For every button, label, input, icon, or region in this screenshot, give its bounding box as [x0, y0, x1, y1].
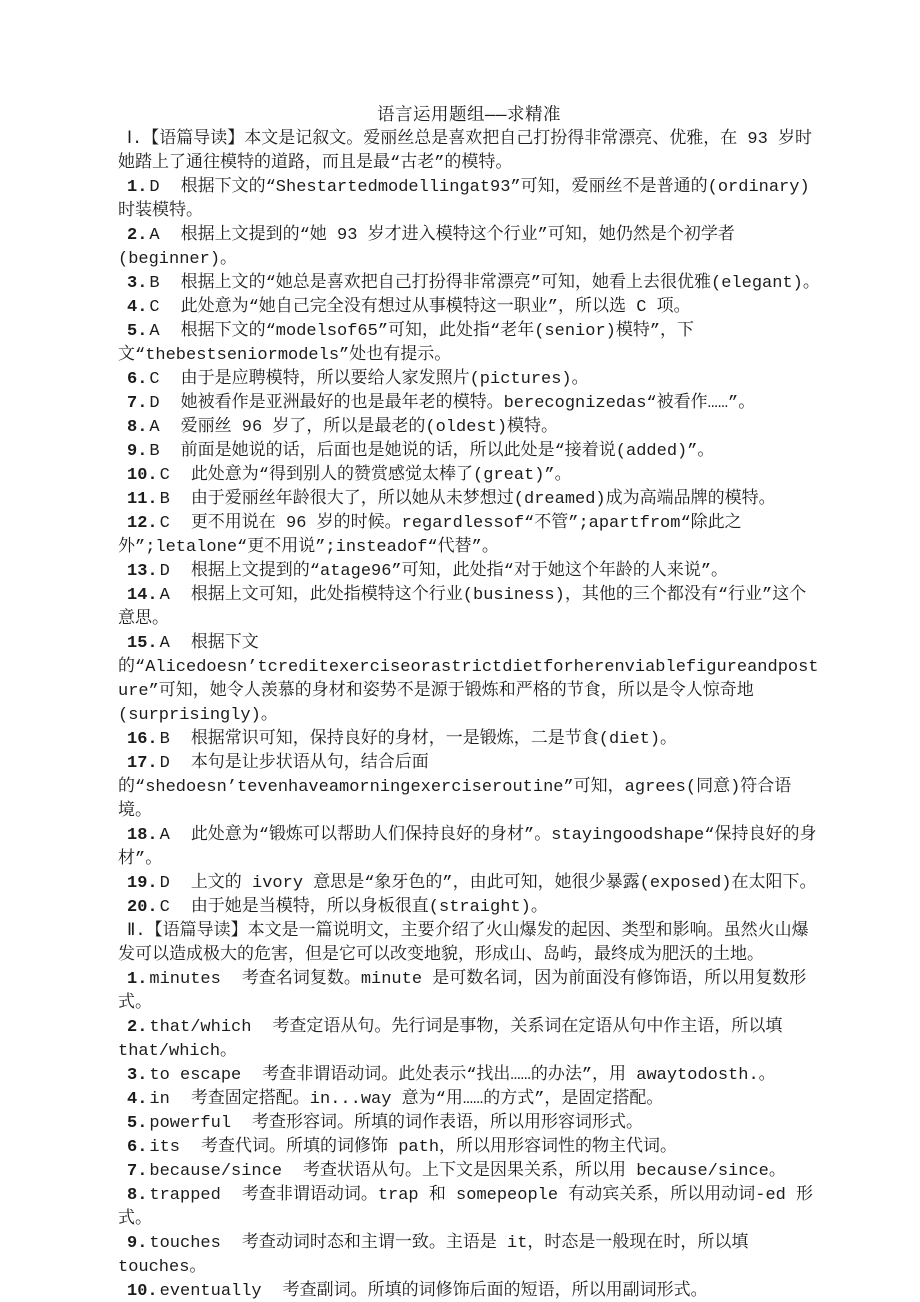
- item-answer: D: [149, 178, 159, 197]
- answer-item: 13.D根据上文提到的“atage96”可知，此处指“对于她这个年龄的人来说”。: [118, 560, 820, 584]
- item-answer: A: [160, 634, 170, 653]
- item-answer: D: [149, 394, 159, 413]
- answer-item: 1.D根据下文的“Shestartedmodellingat93”可知，爱丽丝不…: [118, 176, 820, 224]
- item-number: 17.: [127, 754, 158, 773]
- answer-item: 3.to escape考查非谓语动词。此处表示“找出……的办法”，用 awayt…: [118, 1064, 820, 1088]
- item-explanation: 此处意为“她自己完全没有想过从事模特这一职业”，所以选 C 项。: [181, 298, 691, 317]
- section-items: 1.D根据下文的“Shestartedmodellingat93”可知，爱丽丝不…: [118, 176, 820, 920]
- answer-item: 4.in考查固定搭配。in...way 意为“用……的方式”，是固定搭配。: [118, 1088, 820, 1112]
- item-answer: A: [160, 826, 170, 845]
- item-answer: that/which: [149, 1018, 251, 1037]
- item-answer: A: [149, 226, 159, 245]
- item-number: 6.: [127, 370, 147, 389]
- item-explanation: 根据上文提到的“atage96”可知，此处指“对于她这个年龄的人来说”。: [191, 562, 728, 581]
- item-answer: because/since: [149, 1162, 282, 1181]
- item-explanation: 考查非谓语动词。此处表示“找出……的办法”，用 awaytodosth.。: [262, 1066, 775, 1085]
- section: Ⅱ.【语篇导读】本文是一篇说明文，主要介绍了火山爆发的起因、类型和影响。虽然火山…: [118, 920, 820, 1302]
- answer-item: 14.A根据上文可知，此处指模特这个行业(business)，其他的三个都没有“…: [118, 584, 820, 632]
- item-answer: to escape: [149, 1066, 241, 1085]
- section-intro-label: Ⅱ.【语篇导读】: [127, 922, 248, 941]
- answer-item: 6.its考查代词。所填的词修饰 path，所以用形容词性的物主代词。: [118, 1136, 820, 1160]
- item-explanation: 根据下文的“Shestartedmodellingat93”可知，爱丽丝不是普通…: [118, 178, 810, 221]
- item-number: 5.: [127, 1114, 147, 1133]
- item-explanation: 根据上文可知，此处指模特这个行业(business)，其他的三个都没有“行业”这…: [118, 586, 806, 629]
- answer-item: 5.powerful考查形容词。所填的词作表语，所以用形容词形式。: [118, 1112, 820, 1136]
- item-answer: C: [160, 898, 170, 917]
- item-number: 13.: [127, 562, 158, 581]
- item-explanation: 考查形容词。所填的词作表语，所以用形容词形式。: [252, 1114, 643, 1133]
- item-answer: in: [149, 1090, 169, 1109]
- item-explanation: 由于爱丽丝年龄很大了，所以她从未梦想过(dreamed)成为高端品牌的模特。: [191, 490, 776, 509]
- item-explanation: 考查副词。所填的词修饰后面的短语，所以用副词形式。: [283, 1282, 708, 1301]
- item-number: 4.: [127, 1090, 147, 1109]
- item-explanation: 根据下文的“Alicedoesn’tcreditexerciseorastric…: [118, 634, 819, 725]
- item-number: 10.: [127, 1282, 158, 1301]
- item-answer: A: [149, 418, 159, 437]
- item-answer: C: [160, 466, 170, 485]
- item-number: 4.: [127, 298, 147, 317]
- answer-item: 20.C由于她是当模特，所以身板很直(straight)。: [118, 896, 820, 920]
- answer-item: 3.B根据上文的“她总是喜欢把自己打扮得非常漂亮”可知，她看上去很优雅(eleg…: [118, 272, 820, 296]
- sections-container: Ⅰ.【语篇导读】本文是记叙文。爱丽丝总是喜欢把自己打扮得非常漂亮、优雅，在 93…: [118, 128, 820, 1302]
- item-answer: touches: [149, 1234, 220, 1253]
- item-explanation: 上文的 ivory 意思是“象牙色的”，由此可知，她很少暴露(exposed)在…: [191, 874, 817, 893]
- item-answer: eventually: [160, 1282, 262, 1301]
- item-number: 14.: [127, 586, 158, 605]
- item-explanation: 此处意为“锻炼可以帮助人们保持良好的身材”。stayingoodshape“保持…: [118, 826, 816, 869]
- answer-item: 11.B由于爱丽丝年龄很大了，所以她从未梦想过(dreamed)成为高端品牌的模…: [118, 488, 820, 512]
- item-explanation: 根据上文的“她总是喜欢把自己打扮得非常漂亮”可知，她看上去很优雅(elegant…: [181, 274, 820, 293]
- item-explanation: 此处意为“得到别人的赞赏感觉太棒了(great)”。: [191, 466, 572, 485]
- item-number: 16.: [127, 730, 158, 749]
- item-explanation: 她被看作是亚洲最好的也是最年老的模特。berecognizedas“被看作……”…: [181, 394, 756, 413]
- item-number: 18.: [127, 826, 158, 845]
- item-answer: powerful: [149, 1114, 231, 1133]
- answer-item: 7.because/since考查状语从句。上下文是因果关系，所以用 becau…: [118, 1160, 820, 1184]
- item-explanation: 考查名词复数。minute 是可数名词，因为前面没有修饰语，所以用复数形式。: [118, 970, 806, 1013]
- item-number: 6.: [127, 1138, 147, 1157]
- section-items: 1.minutes考查名词复数。minute 是可数名词，因为前面没有修饰语，所…: [118, 968, 820, 1302]
- item-number: 11.: [127, 490, 158, 509]
- item-explanation: 考查非谓语动词。trap 和 somepeople 有动宾关系，所以用动词-ed…: [118, 1186, 813, 1229]
- document-content: 语言运用题组——求精准 Ⅰ.【语篇导读】本文是记叙文。爱丽丝总是喜欢把自己打扮得…: [0, 0, 920, 1302]
- document-page: 语言运用题组——求精准 Ⅰ.【语篇导读】本文是记叙文。爱丽丝总是喜欢把自己打扮得…: [0, 0, 920, 1302]
- item-number: 5.: [127, 322, 147, 341]
- item-answer: its: [149, 1138, 180, 1157]
- answer-item: 6.C由于是应聘模特，所以要给人家发照片(pictures)。: [118, 368, 820, 392]
- item-number: 10.: [127, 466, 158, 485]
- answer-item: 1.minutes考查名词复数。minute 是可数名词，因为前面没有修饰语，所…: [118, 968, 820, 1016]
- item-explanation: 由于是应聘模特，所以要给人家发照片(pictures)。: [181, 370, 589, 389]
- answer-item: 8.A爱丽丝 96 岁了，所以是最老的(oldest)模特。: [118, 416, 820, 440]
- answer-item: 19.D上文的 ivory 意思是“象牙色的”，由此可知，她很少暴露(expos…: [118, 872, 820, 896]
- answer-item: 4.C此处意为“她自己完全没有想过从事模特这一职业”，所以选 C 项。: [118, 296, 820, 320]
- item-number: 19.: [127, 874, 158, 893]
- item-answer: trapped: [149, 1186, 220, 1205]
- item-number: 7.: [127, 1162, 147, 1181]
- section-intro: Ⅰ.【语篇导读】本文是记叙文。爱丽丝总是喜欢把自己打扮得非常漂亮、优雅，在 93…: [118, 128, 820, 176]
- item-number: 9.: [127, 442, 147, 461]
- item-number: 8.: [127, 418, 147, 437]
- answer-item: 2.that/which考查定语从句。先行词是事物，关系词在定语从句中作主语，所…: [118, 1016, 820, 1064]
- section-intro-label: Ⅰ.【语篇导读】: [127, 130, 244, 149]
- answer-item: 5.A根据下文的“modelsof65”可知，此处指“老年(senior)模特”…: [118, 320, 820, 368]
- item-explanation: 考查固定搭配。in...way 意为“用……的方式”，是固定搭配。: [191, 1090, 664, 1109]
- item-explanation: 根据上文提到的“她 93 岁才进入模特这个行业”可知，她仍然是个初学者(begi…: [118, 226, 735, 269]
- item-answer: C: [160, 514, 170, 533]
- section-intro: Ⅱ.【语篇导读】本文是一篇说明文，主要介绍了火山爆发的起因、类型和影响。虽然火山…: [118, 920, 820, 968]
- answer-item: 10.eventually考查副词。所填的词修饰后面的短语，所以用副词形式。: [118, 1280, 820, 1302]
- answer-item: 9.B前面是她说的话，后面也是她说的话，所以此处是“接着说(added)”。: [118, 440, 820, 464]
- item-explanation: 爱丽丝 96 岁了，所以是最老的(oldest)模特。: [181, 418, 558, 437]
- item-number: 2.: [127, 226, 147, 245]
- item-answer: D: [160, 754, 170, 773]
- item-explanation: 根据常识可知，保持良好的身材，一是锻炼，二是节食(diet)。: [191, 730, 677, 749]
- item-explanation: 更不用说在 96 岁的时候。regardlessof“不管”;apartfrom…: [118, 514, 742, 557]
- page-title: 语言运用题组——求精准: [118, 104, 820, 128]
- item-answer: C: [149, 370, 159, 389]
- item-number: 1.: [127, 970, 147, 989]
- item-answer: C: [149, 298, 159, 317]
- item-explanation: 考查状语从句。上下文是因果关系，所以用 because/since。: [303, 1162, 786, 1181]
- answer-item: 12.C更不用说在 96 岁的时候。regardlessof“不管”;apart…: [118, 512, 820, 560]
- answer-item: 10.C此处意为“得到别人的赞赏感觉太棒了(great)”。: [118, 464, 820, 488]
- answer-item: 9.touches考查动词时态和主谓一致。主语是 it，时态是一般现在时，所以填…: [118, 1232, 820, 1280]
- answer-item: 2.A根据上文提到的“她 93 岁才进入模特这个行业”可知，她仍然是个初学者(b…: [118, 224, 820, 272]
- item-answer: A: [160, 586, 170, 605]
- answer-item: 8.trapped考查非谓语动词。trap 和 somepeople 有动宾关系…: [118, 1184, 820, 1232]
- item-number: 20.: [127, 898, 158, 917]
- item-number: 8.: [127, 1186, 147, 1205]
- item-number: 1.: [127, 178, 147, 197]
- item-answer: B: [160, 490, 170, 509]
- item-number: 2.: [127, 1018, 147, 1037]
- item-answer: A: [149, 322, 159, 341]
- item-number: 9.: [127, 1234, 147, 1253]
- section: Ⅰ.【语篇导读】本文是记叙文。爱丽丝总是喜欢把自己打扮得非常漂亮、优雅，在 93…: [118, 128, 820, 920]
- item-number: 3.: [127, 1066, 147, 1085]
- answer-item: 18.A此处意为“锻炼可以帮助人们保持良好的身材”。stayingoodshap…: [118, 824, 820, 872]
- item-explanation: 根据下文的“modelsof65”可知，此处指“老年(senior)模特”，下文…: [118, 322, 694, 365]
- answer-item: 16.B根据常识可知，保持良好的身材，一是锻炼，二是节食(diet)。: [118, 728, 820, 752]
- item-answer: B: [160, 730, 170, 749]
- item-explanation: 考查代词。所填的词修饰 path，所以用形容词性的物主代词。: [201, 1138, 677, 1157]
- item-explanation: 前面是她说的话，后面也是她说的话，所以此处是“接着说(added)”。: [181, 442, 715, 461]
- item-explanation: 由于她是当模特，所以身板很直(straight)。: [191, 898, 548, 917]
- answer-item: 17.D本句是让步状语从句，结合后面的“shedoesn’tevenhaveam…: [118, 752, 820, 824]
- answer-item: 7.D她被看作是亚洲最好的也是最年老的模特。berecognizedas“被看作…: [118, 392, 820, 416]
- item-number: 7.: [127, 394, 147, 413]
- answer-item: 15.A根据下文的“Alicedoesn’tcreditexerciseoras…: [118, 632, 820, 728]
- item-number: 12.: [127, 514, 158, 533]
- item-answer: D: [160, 562, 170, 581]
- item-answer: D: [160, 874, 170, 893]
- item-number: 15.: [127, 634, 158, 653]
- item-answer: B: [149, 274, 159, 293]
- item-answer: B: [149, 442, 159, 461]
- item-explanation: 本句是让步状语从句，结合后面的“shedoesn’tevenhaveamorni…: [118, 754, 791, 821]
- item-number: 3.: [127, 274, 147, 293]
- item-answer: minutes: [149, 970, 220, 989]
